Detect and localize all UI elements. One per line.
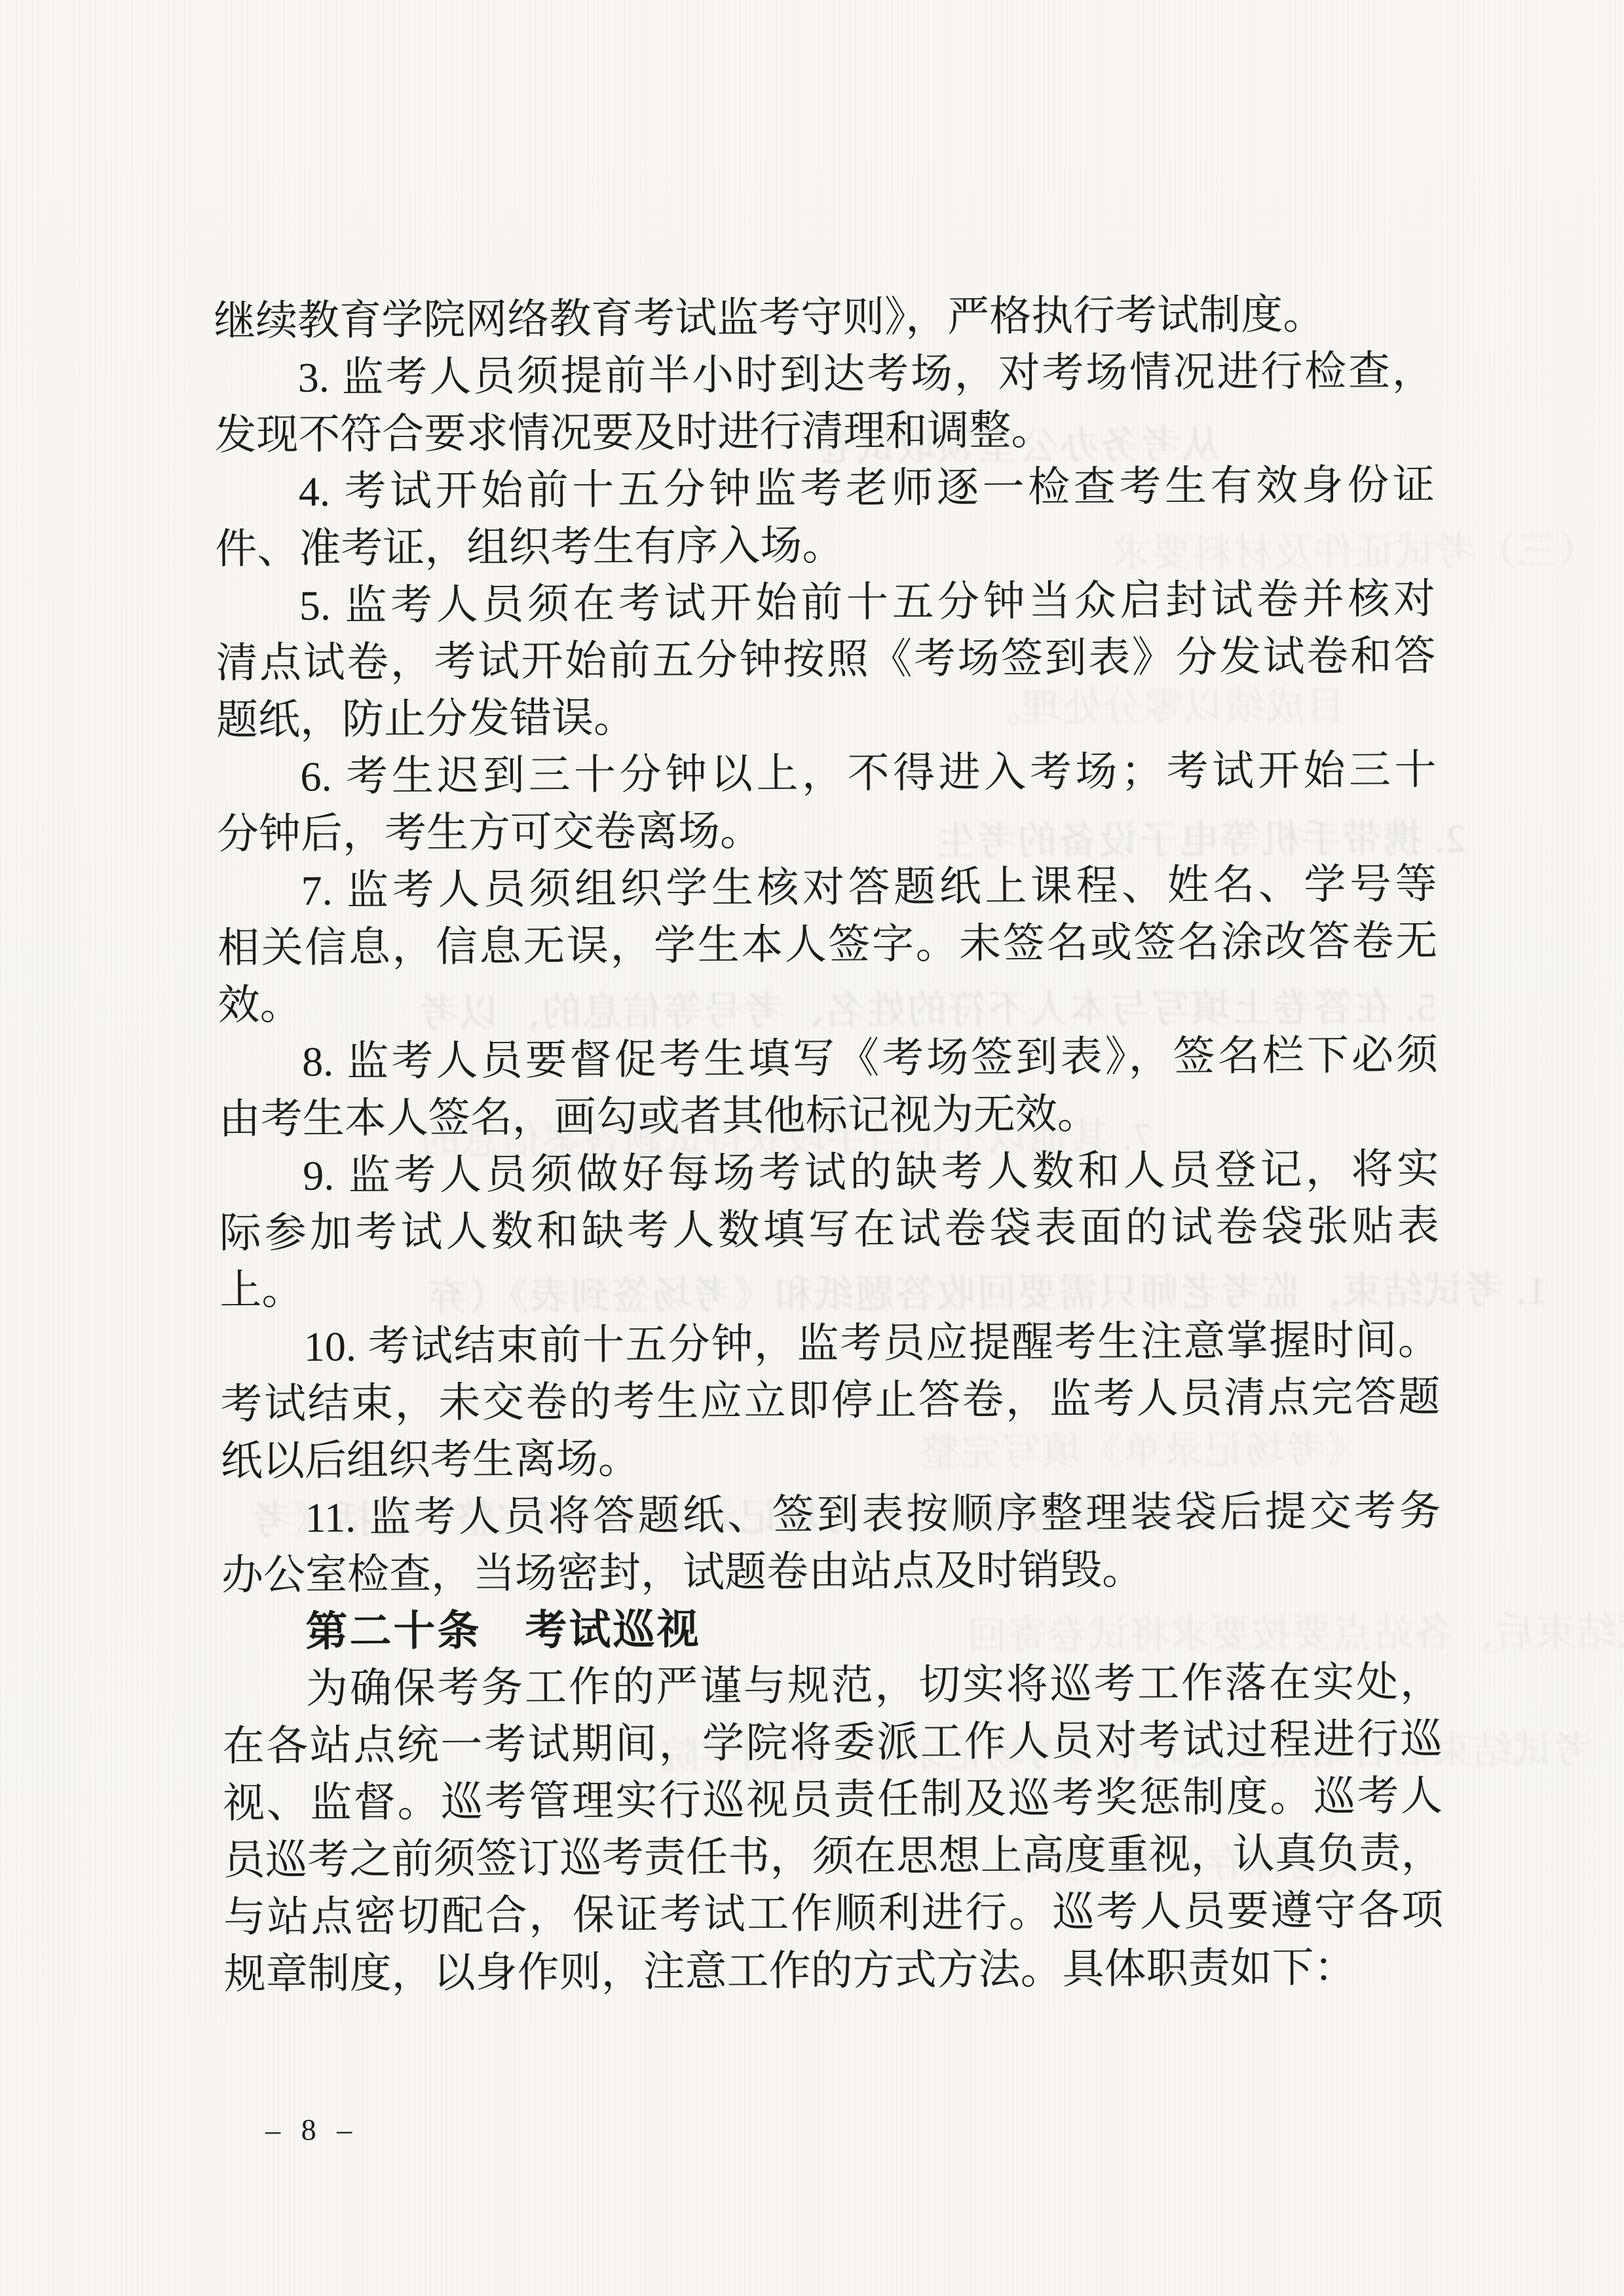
body-line: 办公室检查，当场密封，试题卷由站点及时销毁。	[221, 1539, 1441, 1603]
scanned-document-page: 从考务办公室领取试卷 （三）考试证件及材料要求 目成绩以零分处理。 2. 携带手…	[0, 0, 1624, 2296]
paper-sheet: 从考务办公室领取试卷 （三）考试证件及材料要求 目成绩以零分处理。 2. 携带手…	[0, 0, 1624, 2296]
body-line: 为确保考务工作的严谨与规范，切实将巡考工作落在实处，	[222, 1653, 1442, 1717]
body-line: 题纸，防止分发错误。	[216, 684, 1436, 748]
body-line: 纸以后组织考生离场。	[221, 1425, 1441, 1489]
body-line: 5. 监考人员须在考试开始前十五分钟当众启封试卷并核对	[216, 570, 1435, 634]
body-line: 员巡考之前须签订巡考责任书，须在思想上高度重视，认真负责，	[223, 1824, 1443, 1888]
body-line: 在各站点统一考试期间，学院将委派工作人员对考试过程进行巡	[222, 1710, 1442, 1774]
body-line: 视、监督。巡考管理实行巡视员责任制及巡考奖惩制度。巡考人	[223, 1767, 1443, 1831]
body-line: 7. 监考人员须组织学生核对答题纸上课程、姓名、学号等	[217, 855, 1437, 919]
body-line: 9. 监考人员须做好每场考试的缺考人数和人员登记，将实	[219, 1140, 1439, 1204]
body-line: 10. 考试结束前十五分钟，监考员应提醒考生注意掌握时间。	[220, 1311, 1440, 1375]
body-line: 上。	[219, 1254, 1439, 1318]
body-text-block: 继续教育学院网络教育考试监考守则》，严格执行考试制度。 3. 监考人员须提前半小…	[214, 285, 1444, 2002]
body-line: 6. 考生迟到三十分钟以上，不得进入考场；考试开始三十	[216, 741, 1436, 805]
body-line: 8. 监考人员要督促考生填写《考场签到表》，签名栏下必须	[218, 1026, 1438, 1090]
section-heading: 第二十条 考试巡视	[221, 1596, 1441, 1660]
body-line: 与站点密切配合，保证考试工作顺利进行。巡考人员要遵守各项	[223, 1881, 1443, 1945]
body-line: 际参加考试人数和缺考人数填写在试卷袋表面的试卷袋张贴表	[219, 1197, 1439, 1261]
page-number: – 8 –	[265, 2110, 358, 2150]
body-line: 发现不符合要求情况要及时进行清理和调整。	[214, 399, 1434, 463]
body-line: 由考生本人签名，画勾或者其他标记视为无效。	[218, 1083, 1438, 1147]
body-line: 件、准考证，组织考生有序入场。	[215, 513, 1435, 577]
body-line: 考试结束，未交卷的考生应立即停止答卷，监考人员清点完答题	[220, 1368, 1440, 1432]
body-line: 清点试卷，考试开始前五分钟按照《考场签到表》分发试卷和答	[216, 627, 1435, 691]
body-line: 相关信息，信息无误，学生本人签字。未签名或签名涂改答卷无	[217, 912, 1437, 976]
body-line: 继续教育学院网络教育考试监考守则》，严格执行考试制度。	[214, 285, 1433, 349]
body-line: 3. 监考人员须提前半小时到达考场，对考场情况进行检查，	[214, 342, 1434, 406]
body-line: 规章制度，以身作则，注意工作的方式方法。具体职责如下：	[223, 1938, 1443, 2002]
body-line: 效。	[217, 969, 1437, 1033]
body-line: 11. 监考人员将答题纸、签到表按顺序整理装袋后提交考务	[221, 1482, 1441, 1546]
body-line: 4. 考试开始前十五分钟监考老师逐一检查考生有效身份证	[215, 456, 1435, 520]
body-line: 分钟后，考生方可交卷离场。	[217, 798, 1437, 862]
